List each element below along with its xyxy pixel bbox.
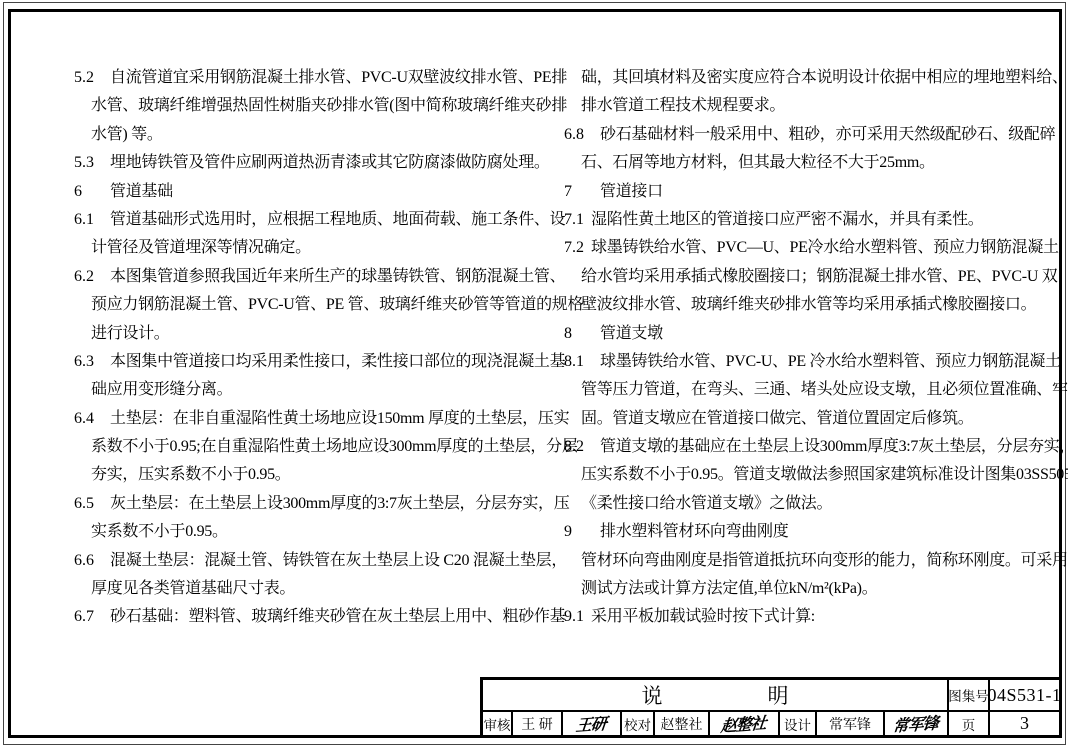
text-line-continuation: 础应用变形缝分离。 bbox=[74, 376, 544, 404]
item-text: 湿陷性黄土地区的管道接口应严密不漏水，并具有柔性。 bbox=[591, 211, 984, 228]
text-line-continuation: 水管) 等。 bbox=[74, 121, 544, 149]
text-line-continuation: 测试方法或计算方法定值,单位kN/m²(kPa)。 bbox=[564, 575, 1042, 603]
reviewer-name: 王 研 bbox=[511, 710, 561, 735]
item-text: 厚度见各类管道基础尺寸表。 bbox=[91, 580, 295, 597]
atlas-number-label: 图集号 bbox=[947, 680, 988, 710]
item-text: 管道接口 bbox=[600, 183, 663, 200]
item-text: 管道基础形式选用时，应根据工程地质、地面荷载、施工条件、设 bbox=[110, 211, 565, 228]
reviewer-signature-scribble: 王研 bbox=[575, 711, 607, 735]
proofreader-name: 赵整社 bbox=[653, 710, 708, 735]
text-line-continuation: 壁波纹排水管、玻璃纤维夹砂排水管等均采用承插式橡胶圈接口。 bbox=[564, 291, 1042, 319]
item-text: 管道支墩的基础应在土垫层上设300mm厚度3:7灰土垫层，分层夯实， bbox=[600, 438, 1068, 455]
proofreader-label: 校对 bbox=[620, 710, 653, 735]
sheet-title-char: 明 bbox=[768, 680, 789, 710]
text-line-item: 8.2管道支墩的基础应在土垫层上设300mm厚度3:7灰土垫层，分层夯实， bbox=[564, 433, 1042, 461]
item-text: 石、石屑等地方材料，但其最大粒径不大于25mm。 bbox=[581, 154, 935, 171]
item-number: 7.2 bbox=[564, 234, 584, 262]
text-column-left: 5.2自流管道宜采用钢筋混凝土排水管、PVC-U双壁波纹排水管、PE排水管、玻璃… bbox=[74, 64, 544, 632]
item-text: 计管径及管道埋深等情况确定。 bbox=[91, 239, 311, 256]
text-line-continuation: 石、石屑等地方材料，但其最大粒径不大于25mm。 bbox=[564, 149, 1042, 177]
item-number: 6.3 bbox=[74, 348, 110, 376]
item-text: 管等压力管道，在弯头、三通、堵头处应设支墩，且必须位置准确、牢 bbox=[581, 381, 1068, 398]
designer-signature: 常军锋 bbox=[883, 710, 947, 735]
item-text: 本图集管道参照我国近年来所生产的球墨铸铁管、钢筋混凝土管、 bbox=[110, 268, 565, 285]
item-text: 系数不小于0.95;在自重湿陷性黄土场地应设300mm厚度的土垫层，分层 bbox=[91, 438, 578, 455]
item-text: 管材环向弯曲刚度是指管道抵抗环向变形的能力，简称环刚度。可采用 bbox=[581, 552, 1068, 569]
item-text: 灰土垫层：在土垫层上设300mm厚度的3:7灰土垫层，分层夯实，压 bbox=[110, 495, 569, 512]
reviewer-label: 审核 bbox=[483, 710, 511, 735]
text-line-continuation: 《柔性接口给水管道支墩》之做法。 bbox=[564, 490, 1042, 518]
item-text: 球墨铸铁给水管、PVC—U、PE冷水给水塑料管、预应力钢筋混凝土 bbox=[591, 239, 1059, 256]
item-text: 测试方法或计算方法定值,单位kN/m²(kPa)。 bbox=[581, 580, 877, 597]
text-line-continuation: 实系数不小于0.95。 bbox=[74, 518, 544, 546]
item-number: 6.2 bbox=[74, 263, 110, 291]
item-number: 5.3 bbox=[74, 149, 110, 177]
text-line-continuation: 排水管道工程技术规程要求。 bbox=[564, 92, 1042, 120]
item-number: 7.1 bbox=[564, 206, 584, 234]
item-text: 采用平板加载试验时按下式计算: bbox=[591, 608, 815, 625]
text-line-continuation: 厚度见各类管道基础尺寸表。 bbox=[74, 575, 544, 603]
text-line-item: 6.2本图集管道参照我国近年来所生产的球墨铸铁管、钢筋混凝土管、 bbox=[74, 263, 544, 291]
item-text: 进行设计。 bbox=[91, 325, 170, 342]
text-line-item: 6.3本图集中管道接口均采用柔性接口，柔性接口部位的现浇混凝土基 bbox=[74, 348, 544, 376]
designer-signature-scribble: 常军锋 bbox=[892, 710, 939, 735]
designer-label: 设计 bbox=[778, 710, 815, 735]
item-text: 础，其回填材料及密实度应符合本说明设计依据中相应的埋地塑料给、 bbox=[581, 69, 1068, 86]
item-number: 6.6 bbox=[74, 547, 110, 575]
item-text: 础应用变形缝分离。 bbox=[91, 381, 232, 398]
page-label: 页 bbox=[947, 710, 988, 735]
item-text: 壁波纹排水管、玻璃纤维夹砂排水管等均采用承插式橡胶圈接口。 bbox=[581, 296, 1036, 313]
text-line-continuation: 压实系数不小于0.95。管道支墩做法参照国家建筑标准设计图集03SS505 bbox=[564, 461, 1042, 489]
text-line-item: 6管道基础 bbox=[74, 178, 544, 206]
item-number: 6.7 bbox=[74, 603, 110, 631]
text-line-item: 6.6混凝土垫层：混凝土管、铸铁管在灰土垫层上设 C20 混凝土垫层， bbox=[74, 547, 544, 575]
text-line-item: 6.1管道基础形式选用时，应根据工程地质、地面荷载、施工条件、设 bbox=[74, 206, 544, 234]
text-line-item: 8.1球墨铸铁给水管、PVC-U、PE 冷水给水塑料管、预应力钢筋混凝土 bbox=[564, 348, 1042, 376]
item-text: 球墨铸铁给水管、PVC-U、PE 冷水给水塑料管、预应力钢筋混凝土 bbox=[600, 353, 1061, 370]
item-text: 夯实，压实系数不小于0.95。 bbox=[91, 466, 291, 483]
item-number: 6.5 bbox=[74, 490, 110, 518]
item-text: 排水塑料管材环向弯曲刚度 bbox=[600, 523, 788, 540]
text-line-continuation: 水管、玻璃纤维增强热固性树脂夹砂排水管(图中简称玻璃纤维夹砂排 bbox=[74, 92, 544, 120]
item-text: 水管、玻璃纤维增强热固性树脂夹砂排水管(图中简称玻璃纤维夹砂排 bbox=[91, 97, 567, 114]
text-line-item: 6.5灰土垫层：在土垫层上设300mm厚度的3:7灰土垫层，分层夯实，压 bbox=[74, 490, 544, 518]
item-text: 水管) 等。 bbox=[91, 126, 163, 143]
text-line-item: 6.4土垫层：在非自重湿陷性黄土场地应设150mm 厚度的土垫层，压实 bbox=[74, 405, 544, 433]
text-line-item: 5.3埋地铸铁管及管件应刷两道热沥青漆或其它防腐漆做防腐处理。 bbox=[74, 149, 544, 177]
text-line-item: 7.2球墨铸铁给水管、PVC—U、PE冷水给水塑料管、预应力钢筋混凝土 bbox=[564, 234, 1042, 262]
text-line-continuation: 系数不小于0.95;在自重湿陷性黄土场地应设300mm厚度的土垫层，分层 bbox=[74, 433, 544, 461]
item-text: 压实系数不小于0.95。管道支墩做法参照国家建筑标准设计图集03SS505 bbox=[581, 466, 1068, 483]
text-line-continuation: 夯实，压实系数不小于0.95。 bbox=[74, 461, 544, 489]
text-column-right: 础，其回填材料及密实度应符合本说明设计依据中相应的埋地塑料给、排水管道工程技术规… bbox=[564, 64, 1042, 632]
item-text: 预应力钢筋混凝土管、PVC-U管、PE 管、玻璃纤维夹砂管等管道的规格 bbox=[91, 296, 583, 313]
item-text: 自流管道宜采用钢筋混凝土排水管、PVC-U双壁波纹排水管、PE排 bbox=[110, 69, 567, 86]
item-number: 6 bbox=[74, 178, 110, 206]
item-number: 8.2 bbox=[564, 433, 600, 461]
item-text: 土垫层：在非自重湿陷性黄土场地应设150mm 厚度的土垫层，压实 bbox=[110, 410, 569, 427]
text-line-item: 7.1湿陷性黄土地区的管道接口应严密不漏水，并具有柔性。 bbox=[564, 206, 1042, 234]
item-text: 砂石基础：塑料管、玻璃纤维夹砂管在灰土垫层上用中、粗砂作基 bbox=[110, 608, 565, 625]
item-text: 实系数不小于0.95。 bbox=[91, 523, 228, 540]
designer-name: 常军锋 bbox=[815, 710, 883, 735]
text-line-item: 9.1采用平板加载试验时按下式计算: bbox=[564, 603, 1042, 631]
item-text: 本图集中管道接口均采用柔性接口，柔性接口部位的现浇混凝土基 bbox=[110, 353, 565, 370]
text-line-item: 7管道接口 bbox=[564, 178, 1042, 206]
text-line-continuation: 固。管道支墩应在管道接口做完、管道位置固定后修筑。 bbox=[564, 405, 1042, 433]
item-text: 排水管道工程技术规程要求。 bbox=[581, 97, 785, 114]
text-line-continuation: 管材环向弯曲刚度是指管道抵抗环向变形的能力，简称环刚度。可采用 bbox=[564, 547, 1042, 575]
sheet-title: 说 明 bbox=[483, 680, 947, 710]
text-line-continuation: 进行设计。 bbox=[74, 320, 544, 348]
item-number: 8.1 bbox=[564, 348, 600, 376]
item-text: 砂石基础材料一般采用中、粗砂，亦可采用天然级配砂石、级配碎 bbox=[600, 126, 1055, 143]
text-line-continuation: 础，其回填材料及密实度应符合本说明设计依据中相应的埋地塑料给、 bbox=[564, 64, 1042, 92]
text-line-continuation: 预应力钢筋混凝土管、PVC-U管、PE 管、玻璃纤维夹砂管等管道的规格 bbox=[74, 291, 544, 319]
text-line-item: 9排水塑料管材环向弯曲刚度 bbox=[564, 518, 1042, 546]
text-line-continuation: 管等压力管道，在弯头、三通、堵头处应设支墩，且必须位置准确、牢 bbox=[564, 376, 1042, 404]
atlas-number: 04S531-1 bbox=[988, 680, 1059, 710]
title-block: 说 明 图集号 04S531-1 审核 王 研 王研 校对 赵整社 赵整社 设计… bbox=[480, 677, 1062, 738]
item-text: 埋地铸铁管及管件应刷两道热沥青漆或其它防腐漆做防腐处理。 bbox=[110, 154, 550, 171]
item-number: 6.1 bbox=[74, 206, 110, 234]
item-number: 6.4 bbox=[74, 405, 110, 433]
proofreader-signature-scribble: 赵整社 bbox=[720, 710, 767, 735]
item-text: 混凝土垫层：混凝土管、铸铁管在灰土垫层上设 C20 混凝土垫层， bbox=[110, 552, 567, 569]
item-text: 给水管均采用承插式橡胶圈接口；钢筋混凝土排水管、PE、PVC-U 双 bbox=[581, 268, 1057, 285]
item-number: 5.2 bbox=[74, 64, 110, 92]
page: 5.2自流管道宜采用钢筋混凝土排水管、PVC-U双壁波纹排水管、PE排水管、玻璃… bbox=[0, 0, 1068, 749]
item-number: 9 bbox=[564, 518, 600, 546]
text-line-item: 6.8砂石基础材料一般采用中、粗砂，亦可采用天然级配砂石、级配碎 bbox=[564, 121, 1042, 149]
page-number: 3 bbox=[988, 710, 1059, 735]
reviewer-signature: 王研 bbox=[561, 710, 620, 735]
text-line-item: 5.2自流管道宜采用钢筋混凝土排水管、PVC-U双壁波纹排水管、PE排 bbox=[74, 64, 544, 92]
sheet-title-char: 说 bbox=[642, 680, 663, 710]
item-text: 《柔性接口给水管道支墩》之做法。 bbox=[581, 495, 832, 512]
text-line-continuation: 计管径及管道埋深等情况确定。 bbox=[74, 234, 544, 262]
item-text: 固。管道支墩应在管道接口做完、管道位置固定后修筑。 bbox=[581, 410, 974, 427]
item-text: 管道基础 bbox=[110, 183, 173, 200]
text-line-item: 8管道支墩 bbox=[564, 320, 1042, 348]
item-text: 管道支墩 bbox=[600, 325, 663, 342]
item-number: 6.8 bbox=[564, 121, 600, 149]
text-line-item: 6.7砂石基础：塑料管、玻璃纤维夹砂管在灰土垫层上用中、粗砂作基 bbox=[74, 603, 544, 631]
proofreader-signature: 赵整社 bbox=[708, 710, 778, 735]
item-number: 9.1 bbox=[564, 603, 584, 631]
text-line-continuation: 给水管均采用承插式橡胶圈接口；钢筋混凝土排水管、PE、PVC-U 双 bbox=[564, 263, 1042, 291]
item-number: 8 bbox=[564, 320, 600, 348]
item-number: 7 bbox=[564, 178, 600, 206]
